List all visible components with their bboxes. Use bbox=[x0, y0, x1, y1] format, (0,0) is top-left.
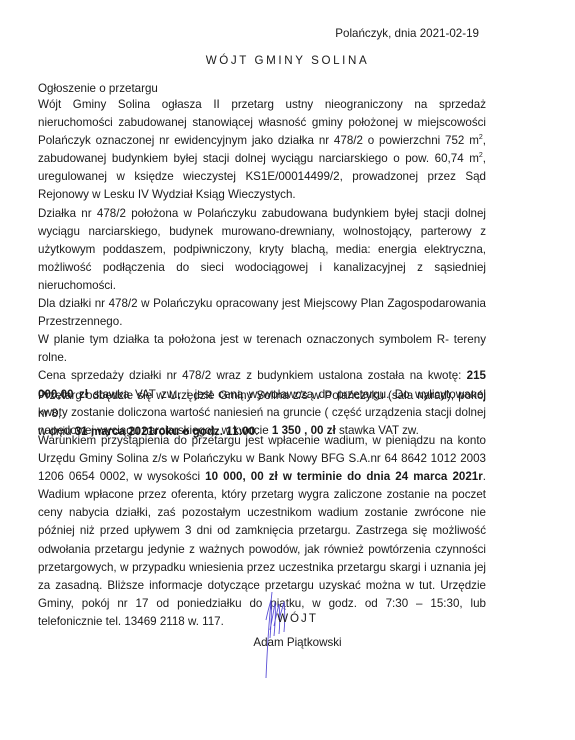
place-date: Polańczyk, dnia 2021-02-19 bbox=[335, 27, 479, 40]
emphasis-text: 10 000, 00 zł w terminie do dnia 24 marc… bbox=[205, 470, 483, 483]
signatory-name: Adam Piątkowski bbox=[0, 636, 575, 649]
notice-heading: Ogłoszenie o przetargu bbox=[38, 82, 158, 95]
superscript: 2 bbox=[479, 134, 483, 141]
authority-title: WÓJT GMINY SOLINA bbox=[0, 54, 575, 67]
signature-title: WÓJT bbox=[0, 612, 575, 625]
handwritten-signature-icon bbox=[250, 590, 290, 680]
document-page: Polańczyk, dnia 2021-02-19 WÓJT GMINY SO… bbox=[0, 0, 575, 740]
superscript: 2 bbox=[479, 152, 483, 159]
